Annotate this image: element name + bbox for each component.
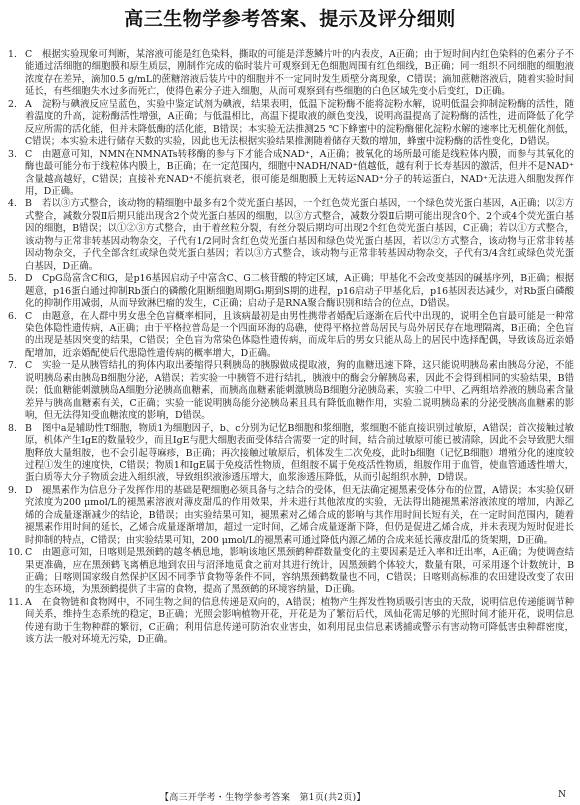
answer-item-10: 10.C 由题意可知，日喀则是黑颈鹤的越冬栖息地，影响该地区黑颈鹤种群数量变化的… xyxy=(8,547,574,597)
question-number: 3. xyxy=(8,149,25,161)
answer-letter: C xyxy=(25,149,39,161)
answer-letter: C xyxy=(25,360,39,372)
explanation-text: 实验一是从胰管结扎的狗体内取出萎缩得只剩胰岛的胰腺做成提取液，狗的血糖迅速下降，… xyxy=(25,360,574,421)
answer-letter: C xyxy=(25,311,39,323)
explanation-text: 若以③方式整合，该动物的精细胞中最多有2个荧光蛋白基因，一个红色荧光蛋白基因，一… xyxy=(25,198,574,271)
answer-letter: B xyxy=(25,198,39,210)
answer-item-3: 3.C 由题意可知，NMN在NMNATs转移酶的参与下才能合成NAD⁺，A正确；… xyxy=(8,149,574,199)
explanation-text: 褪黑素作为信息分子发挥作用的基础是靶细胞必须具备与之结合的受体，但无法确定褪黑素… xyxy=(25,485,574,546)
footer-code: N xyxy=(558,790,566,800)
answer-letter: C xyxy=(25,49,39,61)
answer-item-8: 8.B 图中a是辅助性T细胞，物质1为细胞因子，b、c分别为记忆B细胞和浆细胞，… xyxy=(8,423,574,485)
answer-letter: C xyxy=(25,547,39,559)
explanation-text: 图中a是辅助性T细胞，物质1为细胞因子，b、c分别为记忆B细胞和浆细胞，浆细胞不… xyxy=(25,423,574,484)
answer-list: 1.C 根据实验现象可判断，某溶液可能是红色染料，撕取的可能是洋葱鳞片叶的内表皮… xyxy=(8,49,574,647)
answer-item-11: 11.A 在食物链和食物网中，不同生物之间的信息传递是双向的，A错误；植物产生挥… xyxy=(8,597,574,647)
answer-item-6: 6.C 由题意，在人群中男女患全色盲概率相同，且该病最初是由男性携带者婚配后逐渐… xyxy=(8,311,574,361)
explanation-text: CpG岛富含C和G，是p16基因启动子中富含C、G二核苷酸的特定区域，A正确；甲… xyxy=(25,273,574,309)
question-number: 5. xyxy=(8,273,25,285)
explanation-text: 在食物链和食物网中，不同生物之间的信息传递是双向的，A错误；植物产生挥发性物质吸… xyxy=(25,597,574,645)
question-number: 9. xyxy=(8,485,25,497)
question-number: 1. xyxy=(8,49,25,61)
answer-item-1: 1.C 根据实验现象可判断，某溶液可能是红色染料，撕取的可能是洋葱鳞片叶的内表皮… xyxy=(8,49,574,99)
answer-item-2: 2.A 淀粉与碘液反应呈蓝色，实验中鉴定试剂为碘液，结果表明，低温下淀粉酶不能将… xyxy=(8,99,574,149)
explanation-text: 由题意可知，日喀则是黑颈鹤的越冬栖息地，影响该地区黑颈鹤种群数量变化的主要因素是… xyxy=(25,547,574,595)
explanation-text: 根据实验现象可判断，某溶液可能是红色染料，撕取的可能是洋葱鳞片叶的内表皮，A正确… xyxy=(25,49,574,97)
question-number: 11. xyxy=(8,597,25,609)
answer-item-5: 5.D CpG岛富含C和G，是p16基因启动子中富含C、G二核苷酸的特定区域，A… xyxy=(8,273,574,310)
explanation-text: 由题意可知，NMN在NMNATs转移酶的参与下才能合成NAD⁺，A正确；被氧化的… xyxy=(25,149,574,197)
explanation-text: 由题意，在人群中男女患全色盲概率相同，且该病最初是由男性携带者婚配后逐渐在后代中… xyxy=(25,311,574,359)
answer-letter: D xyxy=(25,273,39,285)
question-number: 10. xyxy=(8,547,25,559)
footer-page-label: 【高三开学考・生物学参考答案 第1页(共2页)】 xyxy=(160,790,366,803)
answer-letter: B xyxy=(25,423,39,435)
answer-item-9: 9.D 褪黑素作为信息分子发挥作用的基础是靶细胞必须具备与之结合的受体，但无法确… xyxy=(8,485,574,547)
answer-letter: D xyxy=(25,485,39,497)
question-number: 4. xyxy=(8,198,25,210)
question-number: 2. xyxy=(8,99,25,111)
page-title: 高三生物学参考答案、提示及评分细则 xyxy=(0,4,580,31)
answer-letter: A xyxy=(25,99,39,111)
explanation-text: 淀粉与碘液反应呈蓝色，实验中鉴定试剂为碘液，结果表明，低温下淀粉酶不能将淀粉水解… xyxy=(25,99,574,147)
question-number: 7. xyxy=(8,360,25,372)
answer-item-7: 7.C 实验一是从胰管结扎的狗体内取出萎缩得只剩胰岛的胰腺做成提取液，狗的血糖迅… xyxy=(8,360,574,422)
answer-item-4: 4.B 若以③方式整合，该动物的精细胞中最多有2个荧光蛋白基因，一个红色荧光蛋白… xyxy=(8,198,574,273)
answer-letter: A xyxy=(25,597,39,609)
question-number: 8. xyxy=(8,423,25,435)
question-number: 6. xyxy=(8,311,25,323)
